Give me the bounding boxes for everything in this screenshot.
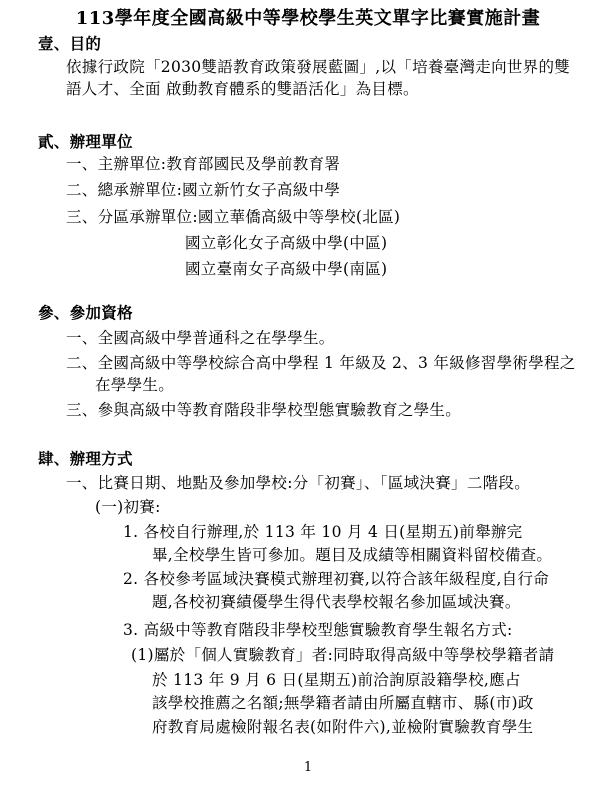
section-heading-method: 肆、辦理方式 xyxy=(38,448,133,470)
list-item: 二、全國高級中等學校綜合高中學程 1 年級及 2、3 年級修習學術學程之 xyxy=(66,352,576,374)
numbered-item: 2. 各校參考區域決賽模式辦理初賽,以符合該年級程度,自行命 xyxy=(123,568,549,590)
section-heading-eligibility: 參、參加資格 xyxy=(38,302,133,324)
sub-numbered-item-continuation: 府教育局處檢附報名表(如附件六),並檢附實驗教育學生 xyxy=(152,716,533,738)
sub-numbered-item-continuation: 於 113 年 9 月 6 日(星期五)前洽詢原設籍學校,應占 xyxy=(152,669,521,691)
paragraph-line: 依據行政院「2030雙語教育政策發展藍圖」,以「培養臺灣走向世界的雙 xyxy=(66,56,570,78)
document-page: 113學年度全國高級中等學校學生英文單字比賽實施計畫 壹、目的 依據行政院「20… xyxy=(0,0,616,788)
numbered-item-continuation: 畢,全校學生皆可參加。題目及成績等相關資料留校備查。 xyxy=(152,544,552,566)
list-item-continuation: 國立彰化女子高級中學(中區) xyxy=(185,232,387,254)
list-item: 二、總承辦單位:國立新竹女子高級中學 xyxy=(66,179,340,201)
document-title: 113學年度全國高級中等學校學生英文單字比賽實施計畫 xyxy=(0,4,616,30)
section-heading-purpose: 壹、目的 xyxy=(38,33,101,55)
list-item: 三、參與高級中等教育階段非學校型態實驗教育之學生。 xyxy=(66,399,461,421)
list-item: 一、比賽日期、地點及參加學校:分「初賽」、「區域決賽」二階段。 xyxy=(66,472,530,494)
sub-numbered-item: (1)屬於「個人實驗教育」者:同時取得高級中等學校學籍者請 xyxy=(131,644,554,666)
list-item-continuation: 在學學生。 xyxy=(95,374,174,396)
sub-numbered-item-continuation: 該學校推薦之名額;無學籍者請由所屬直轄市、縣(市)政 xyxy=(152,692,534,714)
page-number: 1 xyxy=(0,760,616,775)
paragraph-line: 語人才、全面 啟動教育體系的雙語活化」為目標。 xyxy=(66,78,419,100)
section-heading-organizers: 貳、辦理單位 xyxy=(38,131,133,153)
numbered-item: 3. 高級中等教育階段非學校型態實驗教育學生報名方式: xyxy=(123,619,513,641)
list-item: 三、分區承辦單位:國立華僑高級中等學校(北區) xyxy=(66,206,400,228)
list-item-continuation: 國立臺南女子高級中學(南區) xyxy=(185,258,387,280)
numbered-item-continuation: 題,各校初賽績優學生得代表學校報名參加區域決賽。 xyxy=(152,591,521,613)
list-item: 一、全國高級中學普通科之在學學生。 xyxy=(66,327,335,349)
list-item: 一、主辦單位:教育部國民及學前教育署 xyxy=(66,153,340,175)
sub-list-item: (一)初賽: xyxy=(95,496,161,518)
numbered-item: 1. 各校自行辦理,於 113 年 10 月 4 日(星期五)前舉辦完 xyxy=(123,521,522,543)
